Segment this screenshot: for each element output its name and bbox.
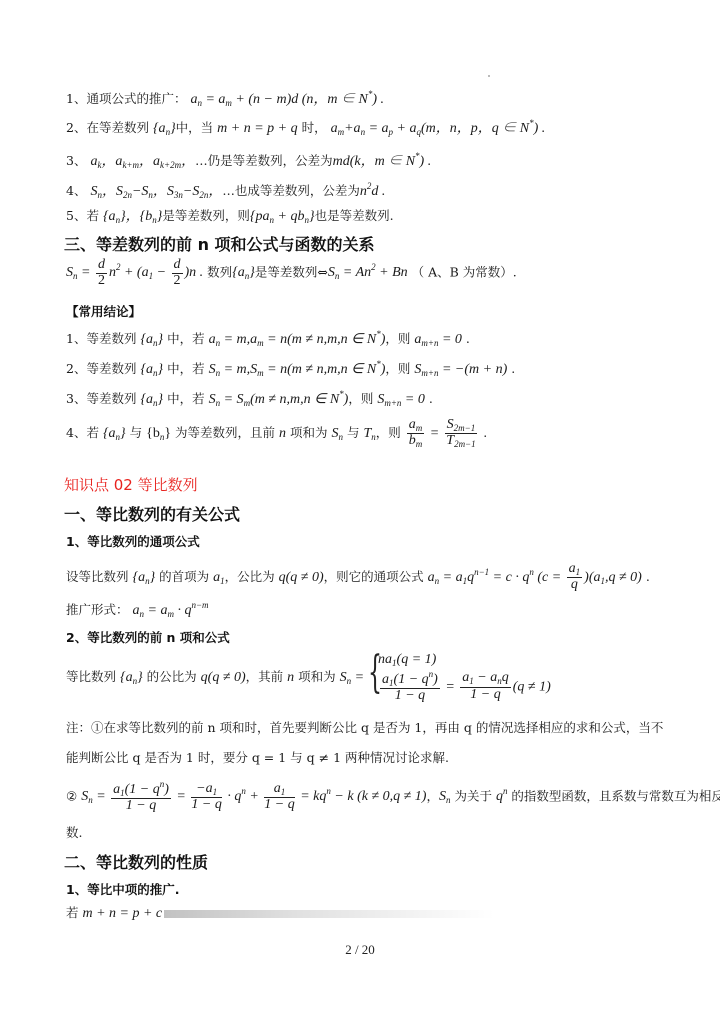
formula: md(k，m ∈ N*) . — [333, 154, 432, 169]
item-number: 5、 — [66, 208, 86, 223]
formula: {an}，{bn} — [103, 209, 162, 224]
item-text: 若 — [86, 208, 99, 223]
formula: an = am + (n − m)d (n，m ∈ N*) . — [190, 92, 384, 107]
item-text: 也是等差数列. — [315, 208, 394, 223]
formula: {pan + qbn} — [250, 209, 315, 224]
item-text: …仍是等差数列，公差为 — [195, 153, 333, 168]
partial-line: 若 m + n = p + c — [66, 905, 494, 923]
item-text: 是等差数列，则 — [162, 208, 250, 223]
conclusion-3: 3、等差数列 {an} 中，若 Sn = Sm(m ≠ n,m,n ∈ N*)，… — [66, 389, 433, 409]
item-text: 数列 — [207, 264, 232, 279]
item-number: 3、 — [66, 391, 86, 406]
formula: n2d . — [360, 184, 386, 199]
item-number: 4、 — [66, 425, 86, 440]
item-number: 1、 — [66, 331, 86, 346]
conclusion-1: 1、等差数列 {an} 中，若 an = m,am = n(m ≠ n,m,n … — [66, 329, 470, 349]
arith-prop-5: 5、若 {an}，{bn}是等差数列，则{pan + qbn}也是等差数列. — [66, 208, 394, 226]
scan-speck — [488, 75, 490, 77]
section-heading: 三、等差数列的前 n 项和公式与函数的关系 — [64, 232, 375, 255]
conclusion-2: 2、等差数列 {an} 中，若 Sn = m,Sm = n(m ≠ n,m,n … — [66, 359, 515, 379]
note-2-tail: 数. — [66, 825, 82, 840]
geo-sum-formula: 等比数列 {an} 的公比为 q(q ≠ 0)，其前 n 项和为 Sn = { … — [66, 651, 551, 704]
formula: {an} — [232, 265, 255, 280]
formula: {an} — [153, 121, 176, 136]
render-fade — [164, 910, 494, 918]
item-number: 1、 — [66, 91, 86, 106]
formula: Sn = An2 + Bn — [328, 265, 408, 280]
formula: am+an = ap + aq(m，n，p，q ∈ N*) . — [331, 121, 546, 136]
subsection-heading: 2、等比数列的前 n 项和公式 — [66, 628, 230, 646]
geo-general-form: 推广形式： an = am · qn−m — [66, 600, 209, 620]
geo-general-term: 设等比数列 {an} 的首项为 a1，公比为 q(q ≠ 0)，则它的通项公式 … — [66, 562, 650, 593]
formula: Sn = d2n2 + (a1 − d2)n . — [66, 265, 203, 280]
section-heading: 一、等比数列的有关公式 — [64, 502, 240, 525]
knowledge-point-title: 知识点 02 等比数列 — [64, 474, 198, 495]
label: 推广形式： — [66, 602, 129, 617]
formula: m + n = p + q — [217, 121, 297, 136]
item-number: 2、 — [66, 120, 86, 135]
formula: ak，ak+m，ak+2m， — [90, 154, 195, 169]
item-text: 是等差数列⇔ — [255, 264, 328, 279]
conclusions-heading: 【常用结论】 — [66, 302, 141, 320]
subsection-heading: 1、等比数列的通项公式 — [66, 532, 200, 550]
formula: Sn，S2n−Sn，S3n−S2n， — [90, 184, 222, 199]
note-2: ② Sn = a1(1 − qn)1 − q = −a11 − q · qn +… — [66, 780, 720, 814]
item-text: 时， — [302, 120, 327, 135]
note-1-line-1: 注：①在求等比数列的前 n 项和时，首先要判断公比 q 是否为 1，再由 q 的… — [66, 720, 663, 735]
arith-prop-4: 4、 Sn，S2n−Sn，S3n−S2n，…也成等差数列，公差为n2d . — [66, 181, 385, 201]
sum-function-relation: Sn = d2n2 + (a1 − d2)n . 数列{an}是等差数列⇔Sn … — [66, 258, 517, 288]
arith-prop-1: 1、通项公式的推广： an = am + (n − m)d (n，m ∈ N*)… — [66, 89, 384, 109]
item-number: 3、 — [66, 153, 86, 168]
item-text: 通项公式的推广： — [86, 91, 186, 106]
item-text: 中，当 — [176, 120, 214, 135]
subsection-heading: 1、等比中项的推广. — [66, 880, 179, 898]
arith-prop-3: 3、 ak，ak+m，ak+2m，…仍是等差数列，公差为md(k，m ∈ N*)… — [66, 151, 431, 171]
item-text: 在等差数列 — [86, 120, 149, 135]
item-text: （ A、B 为常数）. — [412, 264, 517, 279]
item-number: 2、 — [66, 361, 86, 376]
item-text: …也成等差数列，公差为 — [222, 183, 360, 198]
piecewise-formula: { na1(q = 1) a1(1 − qn)1 − q = a1 − anq1… — [368, 651, 551, 704]
arith-prop-2: 2、在等差数列 {an}中，当 m + n = p + q 时， am+an =… — [66, 118, 545, 138]
page-indicator: 2 / 20 — [0, 942, 720, 958]
note-1-line-2: 能判断公比 q 是否为 1 时，要分 q = 1 与 q ≠ 1 两种情况讨论求… — [66, 750, 449, 765]
section-heading: 二、等比数列的性质 — [64, 850, 208, 873]
conclusion-4: 4、若 {an} 与 {bn} 为等差数列，且前 n 项和为 Sn 与 Tn，则… — [66, 418, 487, 450]
formula: an = am · qn−m — [133, 603, 209, 618]
item-number: 4、 — [66, 183, 86, 198]
